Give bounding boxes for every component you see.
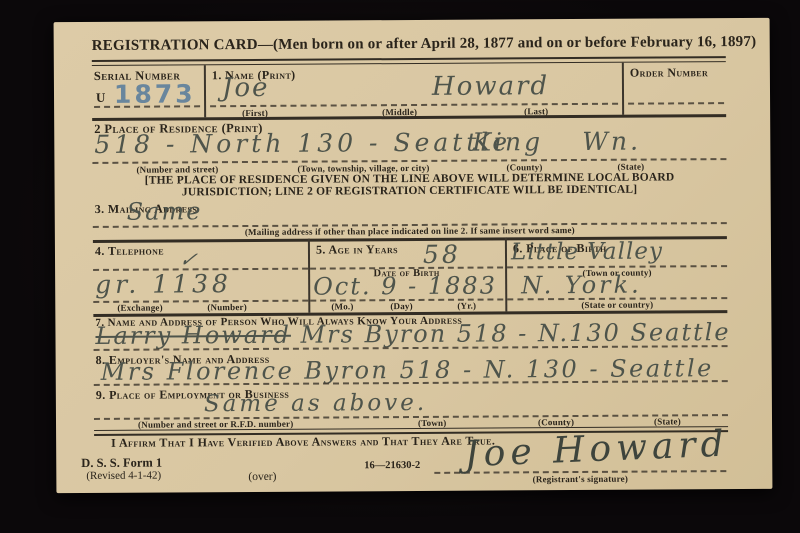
- serial-number-stamp: 1873: [114, 79, 196, 108]
- card-title: REGISTRATION CARD—(Men born on or after …: [92, 34, 757, 55]
- registration-card: REGISTRATION CARD—(Men born on or after …: [54, 18, 773, 493]
- order-number-line: [628, 102, 724, 105]
- age-label: 5. Age in Years: [316, 242, 398, 258]
- contact-value: Mrs Byron 518 - N.130 Seattle: [291, 318, 731, 349]
- age-handwriting: 58: [423, 240, 461, 269]
- row1-divider-right: [622, 63, 624, 115]
- print-code: 16—21630-2: [364, 460, 420, 471]
- affirmation-text: I Affirm That I Have Verified Above Answ…: [111, 434, 495, 451]
- row1-divider-left: [204, 65, 206, 117]
- form-revised: (Revised 4-1-42): [86, 470, 161, 482]
- residence-sub-street: (Number and street): [136, 164, 218, 175]
- telephone-handwriting: gr. 1138: [95, 269, 232, 299]
- residence-handwriting: 518 - North 130 - Seattle: [94, 127, 511, 159]
- over-note: (over): [248, 471, 276, 483]
- telephone-sub-exchange: (Exchange): [117, 303, 163, 313]
- signature-sub-label: (Registrant's signature): [434, 473, 726, 485]
- rule-row1: [92, 114, 726, 121]
- date-of-birth-handwriting: Oct. 9 - 1883: [313, 271, 497, 300]
- card-title-main: REGISTRATION CARD: [92, 37, 258, 54]
- residence-sub-state: (State): [617, 162, 644, 172]
- residence-sub-county: (County): [506, 162, 542, 172]
- dob-sub-year: (Yr.): [457, 301, 476, 311]
- residence-state-handwriting: Wn.: [582, 127, 641, 156]
- title-double-rule: [92, 56, 726, 66]
- order-number-label: Order Number: [630, 65, 708, 80]
- card-title-suffix: —(Men born on or after April 28, 1877 an…: [258, 34, 757, 53]
- scan-background: REGISTRATION CARD—(Men born on or after …: [0, 0, 800, 533]
- employment-sub-county: (County): [538, 417, 574, 427]
- birth-town-handwriting: Little Valley: [511, 238, 663, 265]
- name-last-handwriting: Howard: [432, 71, 549, 102]
- employment-sub-town: (Town): [418, 418, 446, 428]
- telephone-sub-number: (Number): [207, 302, 247, 312]
- dob-sub-month: (Mo.): [331, 301, 353, 311]
- mailing-address-handwriting: Same: [127, 197, 203, 225]
- serial-prefix: U: [96, 90, 105, 106]
- name-first-handwriting: Joe: [222, 73, 270, 103]
- birth-sub-state: (State or country): [507, 299, 727, 310]
- contact-struck-name: Larry Howard: [95, 321, 291, 350]
- residence-county-handwriting: King: [472, 127, 543, 156]
- birth-state-handwriting: N. York.: [521, 271, 642, 300]
- telephone-label: 4. Telephone: [95, 244, 164, 259]
- dob-sub-day: (Day): [390, 301, 413, 311]
- employment-handwriting: Same as above.: [204, 390, 427, 417]
